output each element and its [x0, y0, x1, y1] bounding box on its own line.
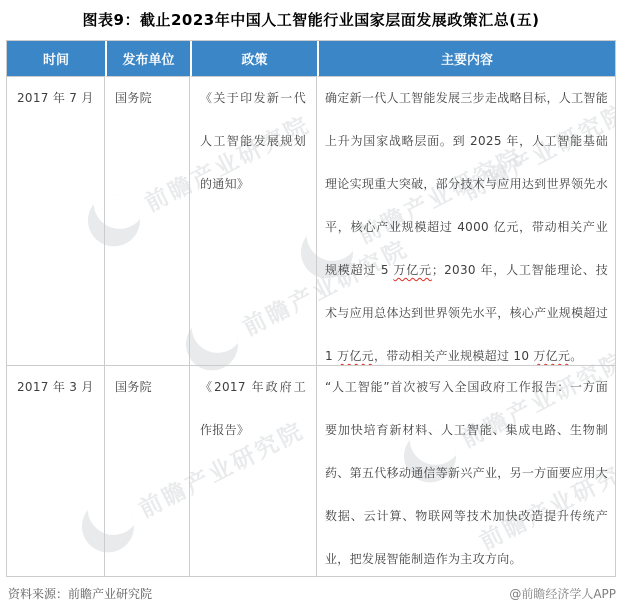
- cell-policy: 《2017 年政府工作报告》: [190, 366, 317, 576]
- chart-title: 图表9：截止2023年中国人工智能行业国家层面发展政策汇总(五): [0, 9, 622, 30]
- credit-note: @前瞻经济学人APP: [509, 585, 616, 602]
- column-header-time: 时间: [7, 41, 105, 77]
- column-header-content: 主要内容: [317, 41, 615, 77]
- source-note: 资料来源：前瞻产业研究院: [8, 585, 152, 602]
- page: 图表9：截止2023年中国人工智能行业国家层面发展政策汇总(五) 前瞻产业研究院…: [0, 0, 622, 615]
- table-footer: 资料来源：前瞻产业研究院 @前瞻经济学人APP: [8, 585, 616, 602]
- cell-content: “人工智能”首次被写入全国政府工作报告：一方面要加快培育新材料、人工智能、集成电…: [317, 366, 615, 576]
- column-header-issuer: 发布单位: [105, 41, 190, 77]
- cell-issuer: 国务院: [105, 77, 190, 366]
- policy-table: 前瞻产业研究院 前瞻产业研究院 前瞻产业研究院 前瞻产业研究院 前瞻产业研究院 …: [6, 40, 616, 577]
- cell-time: 2017 年 3 月: [7, 366, 105, 576]
- cell-issuer: 国务院: [105, 366, 190, 576]
- cell-content: 确定新一代人工智能发展三步走战略目标，人工智能上升为国家战略层面。到 2025 …: [317, 77, 615, 366]
- cell-policy: 《关于印发新一代人工智能发展规划的通知》: [190, 77, 317, 366]
- column-header-policy: 政策: [190, 41, 317, 77]
- cell-time: 2017 年 7 月: [7, 77, 105, 366]
